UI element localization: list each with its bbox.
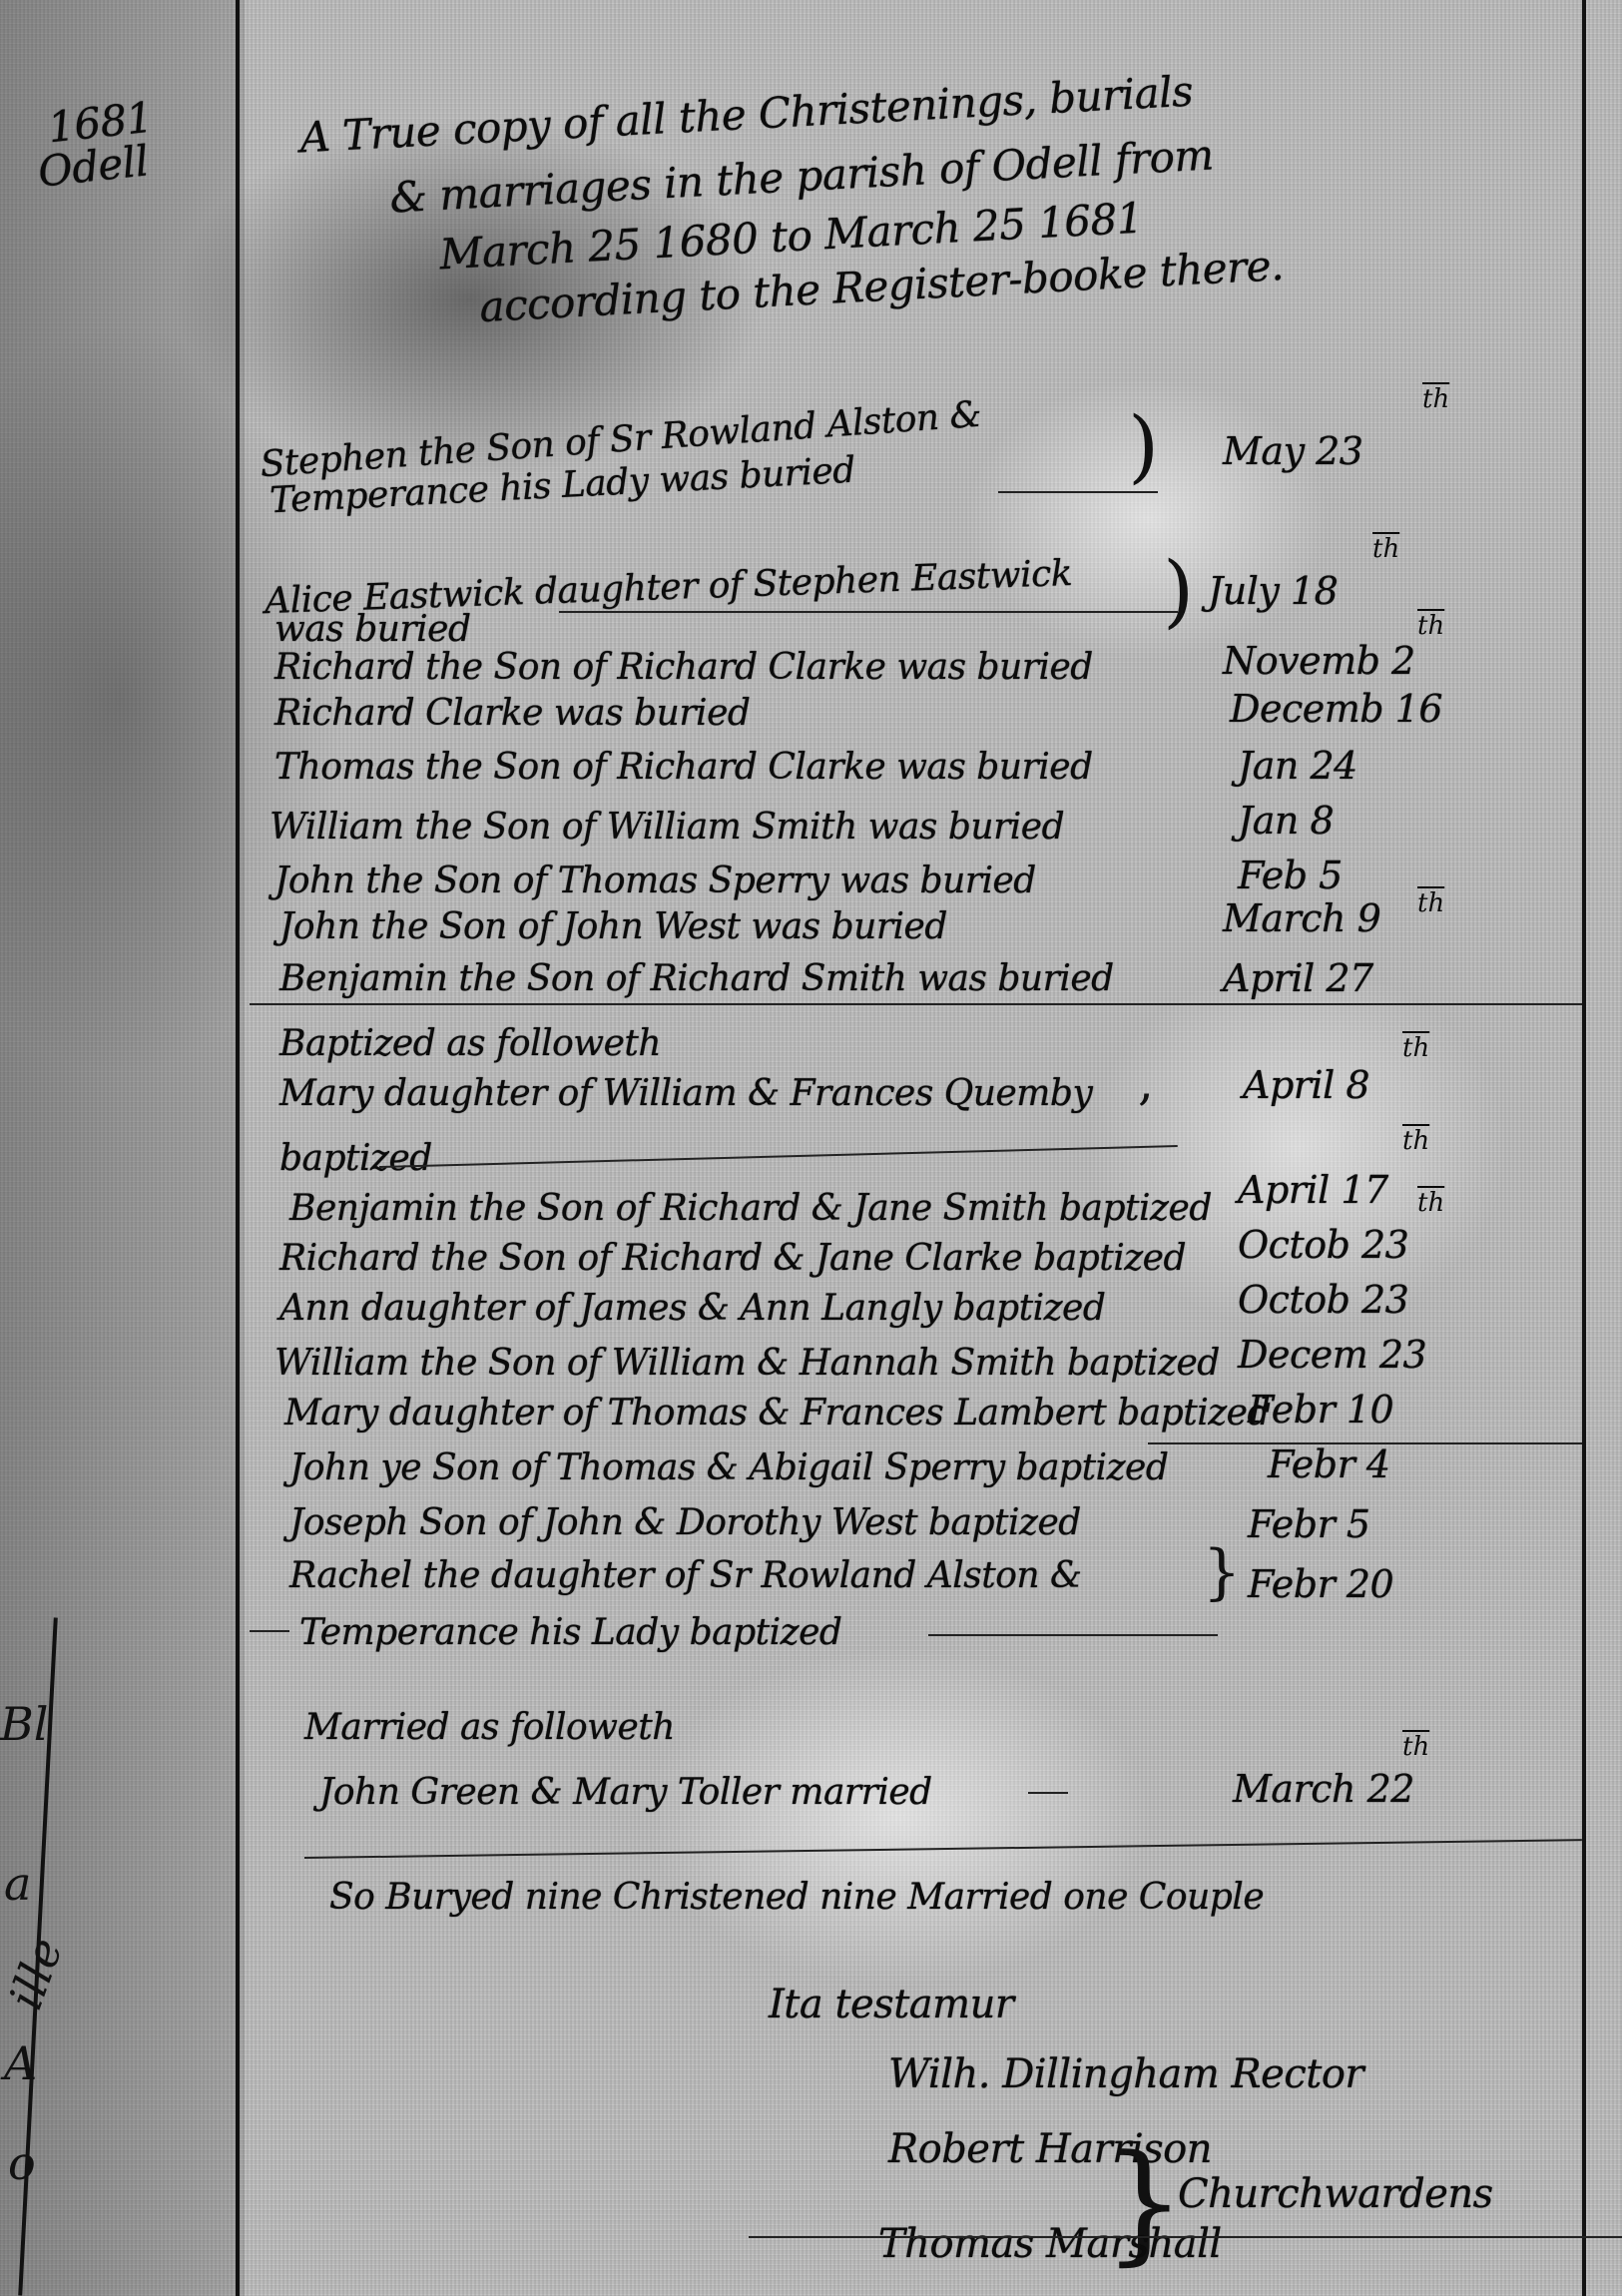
burial-date: Jan 24 (1238, 744, 1357, 788)
rector-signature: Wilh. Dillingham Rector (888, 2051, 1363, 2097)
marriage-entry: John Green & Mary Toller married (319, 1772, 932, 1813)
manuscript-page: 1681 Odell Bl a ille A o A True copy of … (0, 0, 1622, 2296)
burial-date: Decemb 16 (1230, 687, 1442, 731)
burial-entry: Benjamin the Son of Richard Smith was bu… (279, 958, 1114, 999)
baptism-date: April 8 (1243, 1063, 1369, 1107)
baptism-date: Febr 20 (1248, 1562, 1393, 1606)
baptism-entry: Mary daughter of Thomas & Frances Lamber… (284, 1393, 1270, 1434)
edge-fragment: Bl (0, 1697, 49, 1751)
section-rule (304, 1839, 1582, 1859)
margin-rule-right (1582, 0, 1586, 2296)
baptism-date: Octob 23 (1238, 1278, 1408, 1322)
entry-rule (1028, 1792, 1068, 1794)
entry-bracket: , (1138, 1053, 1154, 1111)
baptism-date: Febr 10 (1248, 1388, 1393, 1432)
attestation-phrase: Ita testamur (769, 1982, 1013, 2027)
burial-date: Novemb 2 (1223, 639, 1415, 683)
baptism-entry: Rachel the daughter of Sr Rowland Alston… (289, 1555, 1082, 1596)
baptism-date: Febr 4 (1268, 1442, 1390, 1486)
marriages-heading: Married as followeth (304, 1707, 675, 1748)
date-superscript: th (1417, 888, 1444, 918)
baptism-entry: John ye Son of Thomas & Abigail Sperry b… (289, 1447, 1168, 1488)
entry-rule (928, 1634, 1218, 1636)
burial-date: May 23 (1223, 429, 1362, 473)
burial-date: Jan 8 (1238, 799, 1334, 843)
baptisms-heading: Baptized as followeth (279, 1023, 661, 1064)
date-superscript: th (1372, 534, 1399, 564)
entry-bracket: ) (1163, 544, 1194, 637)
burial-date: March 9 (1223, 896, 1380, 940)
section-rule (250, 1630, 289, 1632)
date-superscript: th (1402, 1126, 1429, 1156)
section-rule (250, 1003, 1582, 1005)
burial-date: Feb 5 (1238, 854, 1343, 897)
baptism-entry: William the Son of William & Hannah Smit… (274, 1343, 1220, 1384)
churchwarden-signature: Thomas Marshall (878, 2221, 1222, 2267)
burial-date: July 18 (1208, 569, 1338, 613)
entry-bracket: } (1203, 1537, 1241, 1607)
baptism-date: April 17 (1238, 1168, 1388, 1212)
baptism-date: Octob 23 (1238, 1223, 1408, 1267)
baptism-date: Decem 23 (1238, 1333, 1426, 1377)
date-superscript: th (1402, 1033, 1429, 1063)
burial-date: April 27 (1223, 956, 1373, 1000)
entry-rule (559, 611, 1178, 613)
burial-entry: Thomas the Son of Richard Clarke was bur… (274, 747, 1093, 788)
churchwarden-title: Churchwardens (1178, 2171, 1493, 2217)
date-superscript: th (1402, 1732, 1429, 1762)
baptism-entry: Benjamin the Son of Richard & Jane Smith… (289, 1188, 1212, 1229)
entry-bracket: ) (1128, 399, 1159, 492)
date-superscript: th (1422, 384, 1449, 414)
marriage-date: March 22 (1233, 1767, 1414, 1811)
baptism-entry: baptized (279, 1138, 432, 1179)
baptism-entry: Temperance his Lady baptized (299, 1612, 841, 1653)
edge-fragment: A (4, 2036, 37, 2090)
burial-entry: was buried (274, 609, 471, 650)
date-superscript: th (1417, 611, 1444, 641)
margin-rule-left (236, 0, 240, 2296)
baptism-entry: Mary daughter of William & Frances Quemb… (279, 1073, 1092, 1114)
summary-line: So Buryed nine Christened nine Married o… (329, 1877, 1264, 1918)
entry-rule (998, 491, 1158, 493)
burial-entry: William the Son of William Smith was bur… (270, 807, 1064, 848)
burial-entry: John the Son of Thomas Sperry was buried (274, 861, 1036, 901)
footer-rule (749, 2236, 1622, 2238)
burial-entry: Richard Clarke was buried (274, 693, 750, 734)
edge-fragment: o (8, 2136, 36, 2190)
entry-rule (379, 1145, 1178, 1168)
burial-entry: John the Son of John West was buried (279, 906, 947, 947)
burial-entry: Richard the Son of Richard Clarke was bu… (274, 647, 1093, 688)
baptism-entry: Ann daughter of James & Ann Langly bapti… (279, 1288, 1105, 1329)
baptism-date: Febr 5 (1248, 1502, 1370, 1546)
baptism-entry: Richard the Son of Richard & Jane Clarke… (279, 1238, 1186, 1279)
date-superscript: th (1417, 1188, 1444, 1218)
edge-fragment: a (4, 1857, 31, 1911)
baptism-entry: Joseph Son of John & Dorothy West baptiz… (289, 1502, 1081, 1543)
